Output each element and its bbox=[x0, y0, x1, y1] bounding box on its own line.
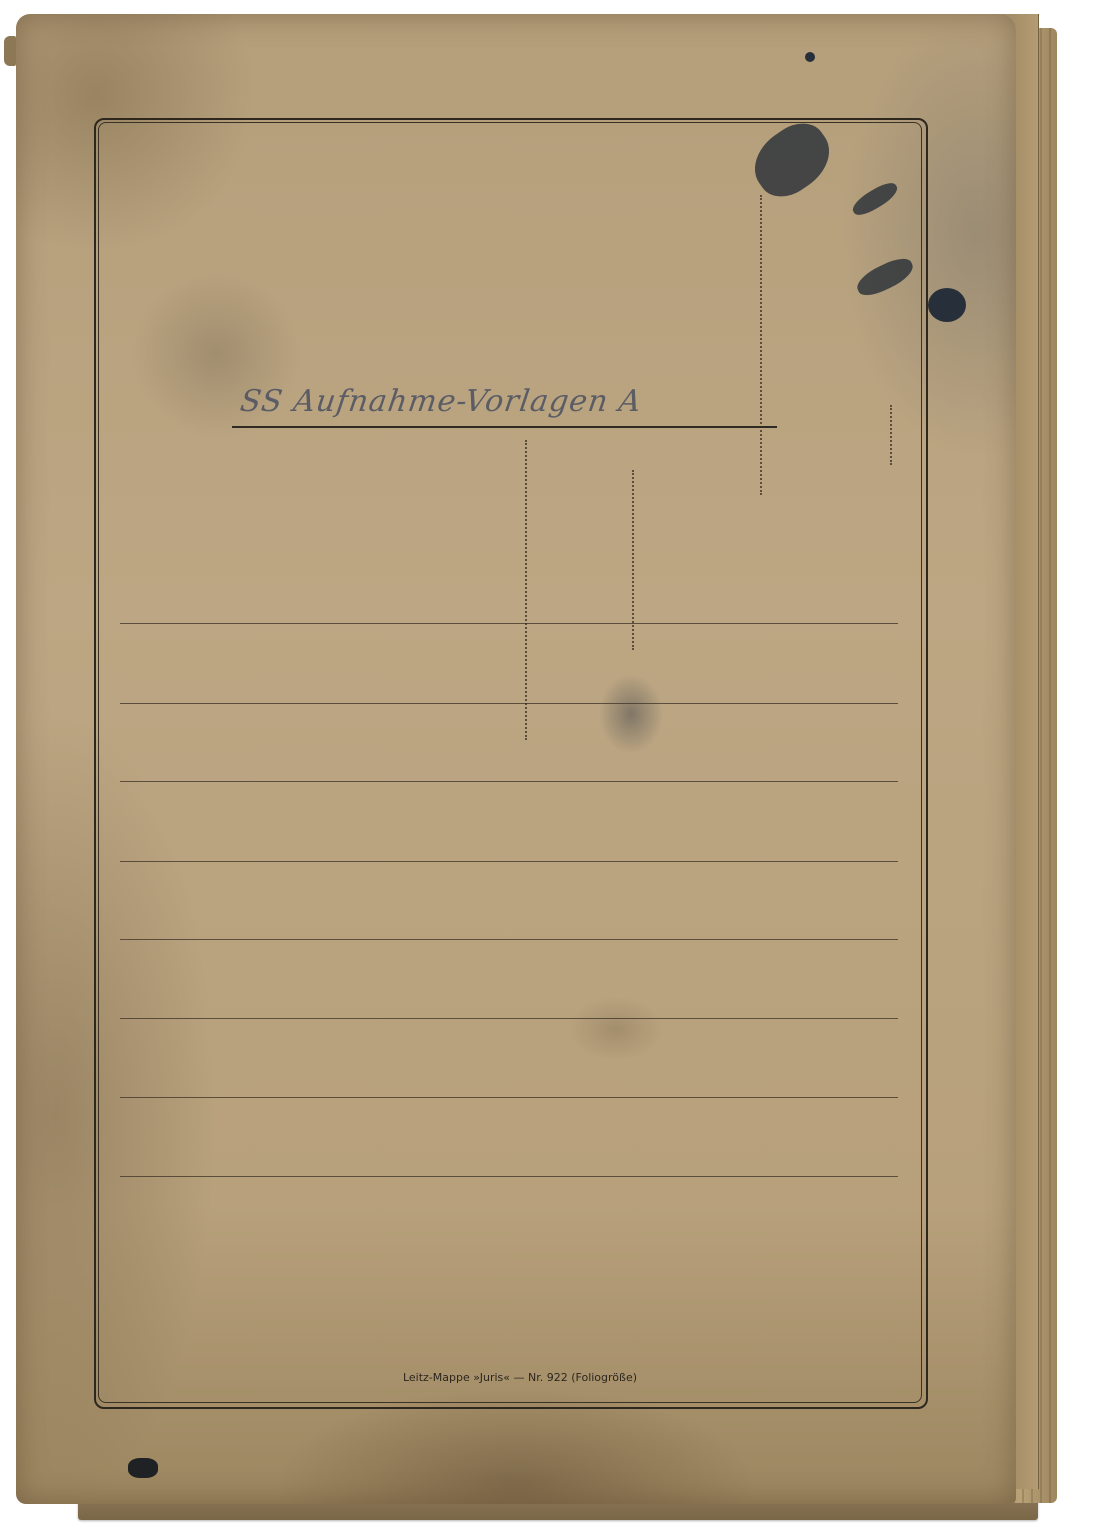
ruled-line bbox=[120, 781, 898, 782]
ruled-line bbox=[120, 1176, 898, 1177]
ruled-line bbox=[120, 623, 898, 624]
printed-border-inner bbox=[98, 122, 922, 1403]
ruled-line bbox=[120, 1018, 898, 1019]
pencil-dotted-mark bbox=[525, 440, 527, 740]
pencil-dotted-mark bbox=[760, 195, 762, 495]
publisher-imprint: Leitz-Mappe »Juris« — Nr. 922 (Foliogröß… bbox=[370, 1371, 670, 1384]
ruled-line bbox=[120, 703, 898, 704]
pencil-dotted-mark bbox=[632, 470, 634, 650]
torn-corner-tab bbox=[4, 36, 16, 66]
ink-dot bbox=[805, 52, 815, 62]
ink-blot bbox=[928, 288, 966, 322]
ruled-line bbox=[120, 1097, 898, 1098]
ruled-line bbox=[120, 861, 898, 862]
damage-spot bbox=[128, 1458, 158, 1478]
handwritten-title: SS Aufnahme-Vorlagen A bbox=[237, 384, 783, 426]
pencil-dotted-mark bbox=[890, 405, 892, 465]
ruled-line bbox=[120, 939, 898, 940]
title-underline bbox=[232, 426, 777, 428]
